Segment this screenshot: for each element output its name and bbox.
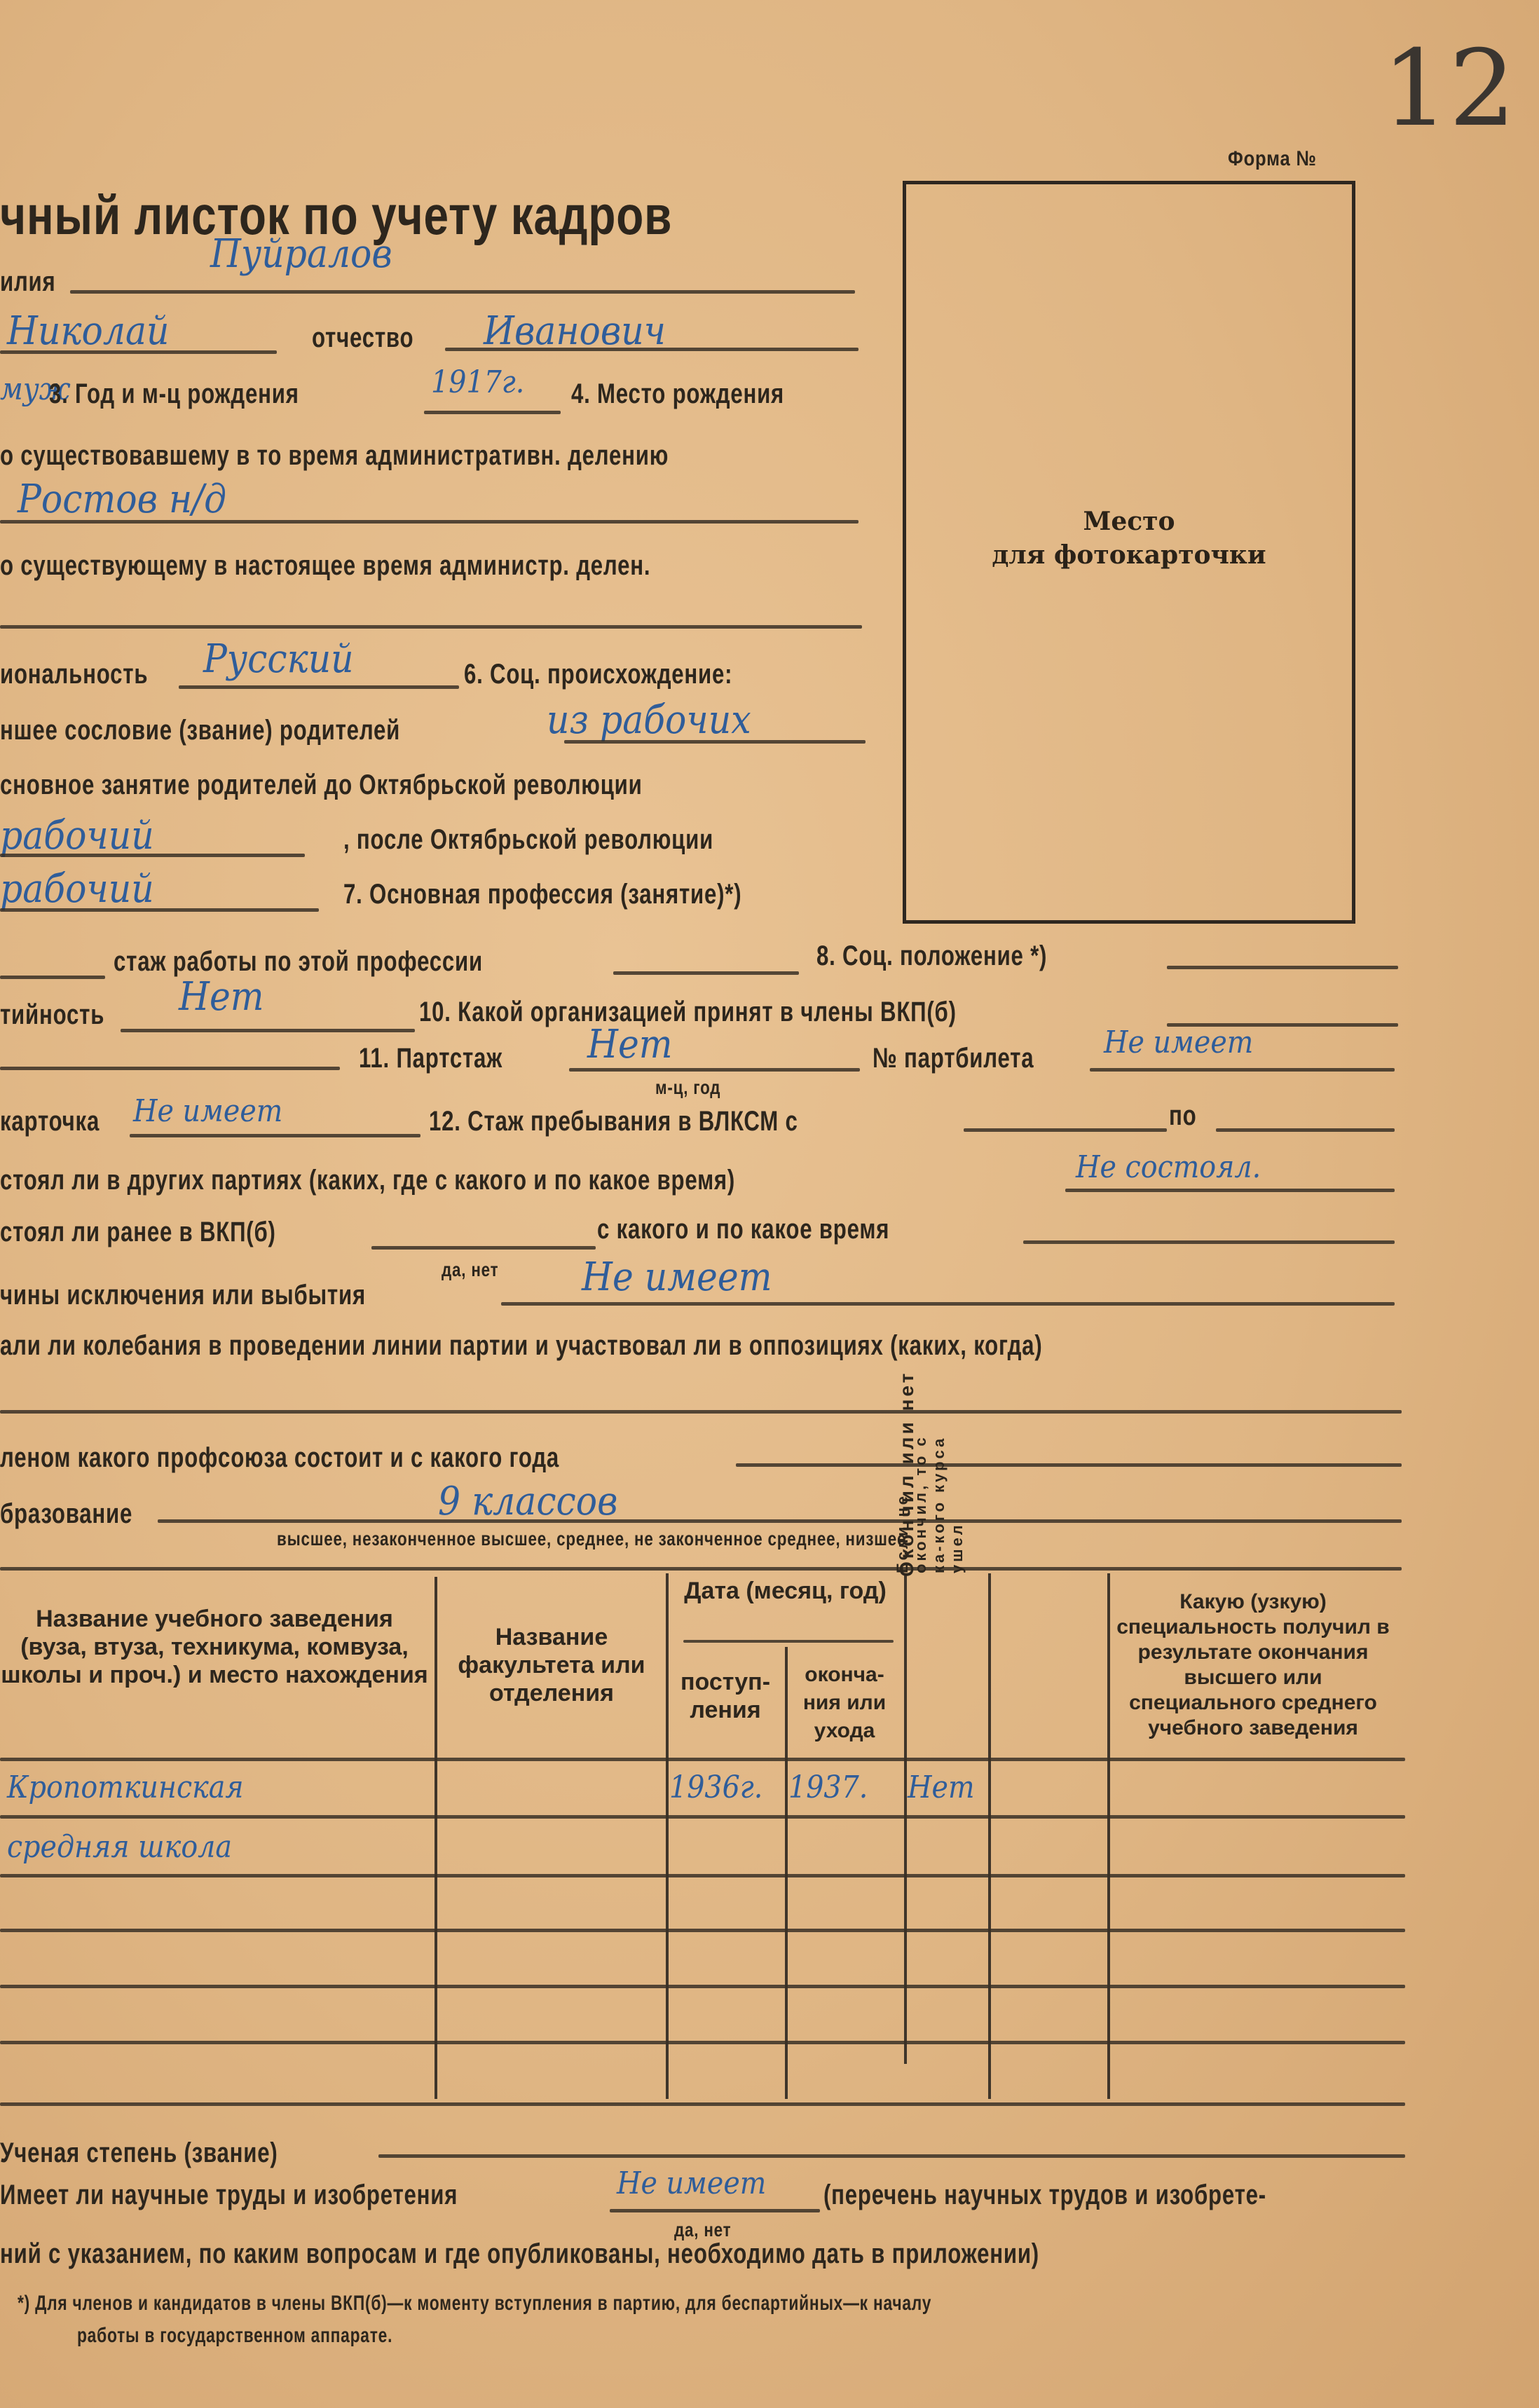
birthplace-value: Ростов н/д — [18, 477, 226, 522]
earlier-vkp-period-label: с какого и по какое время — [597, 1214, 889, 1245]
social-origin-label: 6. Соц. происхождение: — [464, 659, 732, 690]
photo-placeholder-box: Место для фотокарточки — [903, 181, 1355, 924]
row-divider — [0, 1929, 1405, 1932]
occupation-before-label: сновное занятие родителей до Октябрьской… — [0, 769, 643, 801]
birth-date-value: 1917г. — [431, 364, 524, 400]
estate-label: ншее сословие (звание) родителей — [0, 715, 400, 746]
birthplace-label: 4. Место рождения — [571, 378, 784, 410]
col-specialty-header: Какую (узкую) специальность получил в ре… — [1113, 1589, 1393, 1741]
estate-value: из рабочих — [547, 697, 751, 743]
hesitation-label: али ли колебания в проведении линии парт… — [0, 1330, 1042, 1362]
yes-no-hint: да, нет — [442, 1259, 498, 1281]
patronymic-label: отчество — [312, 322, 413, 354]
organization-label: 10. Какой организацией принят в члены ВК… — [419, 997, 957, 1028]
photo-label-2: для фотокарточки — [906, 540, 1352, 570]
col-faculty-header: Название факультета или отделения — [440, 1623, 663, 1707]
earlier-vkp-label: стоял ли ранее в ВКП(б) — [0, 1217, 276, 1248]
col-admission-header: поступ-ления — [669, 1668, 781, 1724]
new-division-label: о существующему в настоящее время админи… — [0, 550, 650, 582]
cell-finished: Нет — [908, 1770, 975, 1805]
other-parties-label: стоял ли в других партиях (каких, где с … — [0, 1165, 735, 1196]
party-label: тийность — [0, 999, 104, 1031]
cell-graduation: 1937. — [788, 1770, 868, 1805]
occupation-before-value: рабочий — [0, 813, 154, 858]
card-label: карточка — [0, 1106, 100, 1137]
education-label: бразование — [0, 1498, 132, 1530]
month-year-hint: м-ц, год — [655, 1076, 720, 1099]
col-course-header: Если не окончил, то с ка-кого курса ушел — [894, 1405, 999, 1573]
col-institution-header: Название учебного заведения (вуза, втуза… — [0, 1605, 429, 1689]
birth-date-label: 3. Год и м-ц рождения — [49, 378, 299, 410]
union-label: леном какого профсоюза состоит и с каког… — [0, 1442, 559, 1474]
party-card-value: Не имеет — [1104, 1025, 1253, 1060]
footnote-2: работы в государственном аппарате. — [77, 2324, 392, 2348]
photo-label-1: Место — [906, 507, 1352, 536]
col-date-header: Дата (месяц, год) — [671, 1577, 899, 1605]
works-hint: (перечень научных трудов и изобрете- — [823, 2180, 1266, 2211]
form-number-label: Форма № — [1228, 147, 1317, 171]
party-experience-label: 11. Партстаж — [359, 1043, 502, 1074]
occupation-after-label: , после Октябрьской революции — [343, 824, 713, 856]
education-hint: высшее, незаконченное высшее, среднее, н… — [277, 1528, 906, 1550]
works-hint-2: ний с указанием, по каким вопросам и где… — [0, 2238, 1039, 2270]
nationality-label: иональность — [0, 659, 148, 690]
degree-label: Ученая степень (звание) — [0, 2137, 278, 2169]
surname-value: Пуйралов — [210, 231, 392, 277]
nationality-value: Русский — [203, 636, 354, 682]
footnote-1: *) Для членов и кандидатов в члены ВКП(б… — [18, 2292, 931, 2315]
old-division-label: о существовавшему в то время администрат… — [0, 440, 669, 472]
party-card-label: № партбилета — [873, 1043, 1034, 1074]
works-value: Не имеет — [617, 2166, 766, 2201]
cell-admission: 1936г. — [669, 1770, 762, 1805]
komsomol-label: 12. Стаж пребывания в ВЛКСМ с — [429, 1106, 798, 1137]
name-value: Николай — [7, 308, 169, 354]
exclusion-value: Не имеет — [582, 1254, 772, 1300]
occupation-after-value: рабочий — [0, 866, 154, 912]
party-value: Нет — [179, 974, 264, 1020]
page-number: 12 — [1382, 28, 1516, 150]
row-divider — [0, 1874, 1405, 1877]
row-divider — [0, 1985, 1405, 1988]
komsomol-to-label: по — [1169, 1100, 1196, 1132]
surname-label: илия — [0, 266, 56, 298]
cell-institution: Кропоткинская — [7, 1770, 244, 1805]
card-value: Не имеет — [133, 1093, 282, 1129]
social-status-label: 8. Соц. положение *) — [816, 940, 1047, 972]
row-divider — [0, 1815, 1405, 1819]
education-value: 9 классов — [438, 1479, 617, 1524]
col-graduation-header: оконча-ния или ухода — [788, 1661, 901, 1745]
other-parties-value: Не состоял. — [1076, 1149, 1261, 1185]
party-experience-value: Нет — [587, 1022, 673, 1067]
profession-label: 7. Основная профессия (занятие)*) — [343, 879, 741, 910]
experience-label: стаж работы по этой профессии — [114, 946, 483, 978]
works-label: Имеет ли научные труды и изобретения — [0, 2180, 458, 2211]
cell-institution: средняя школа — [7, 1829, 232, 1865]
row-divider — [0, 2041, 1405, 2044]
exclusion-label: чины исключения или выбытия — [0, 1280, 366, 1311]
